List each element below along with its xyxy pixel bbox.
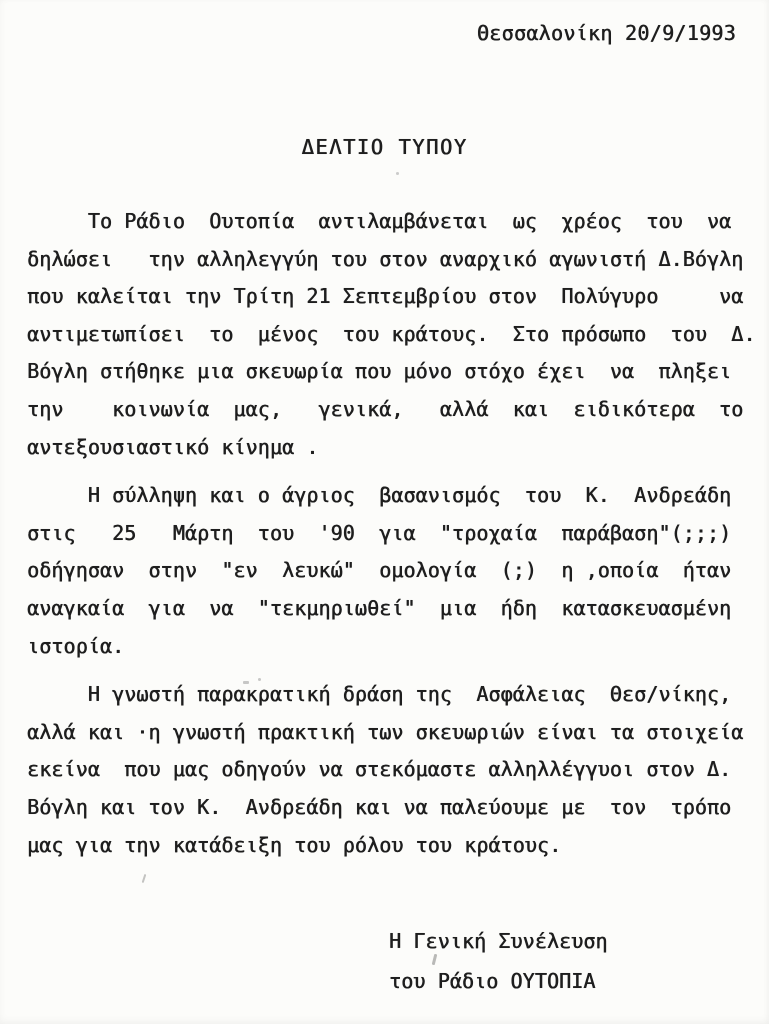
text-line: αλλά και ·η γνωστή πρακτική των σκευωριώ… xyxy=(27,714,742,752)
text-line: Η γνωστή παρακρατική δράση της Ασφάλειας… xyxy=(27,676,742,714)
scan-artifact xyxy=(243,681,249,684)
text-line: οδήγησαν στην "εν λευκώ" ομολογία (;) η … xyxy=(27,552,742,590)
text-line: δηλώσει την αλληλεγγύη του στον αναρχικό… xyxy=(27,241,742,279)
signature-line-1: Η Γενική Συνέλευση xyxy=(389,921,608,961)
scanned-press-release-page: Θεσσαλονίκη 20/9/1993 ΔΕΛΤΙΟ ΤΥΠΟΥ Το Ρά… xyxy=(0,0,769,1024)
document-title: ΔΕΛΤΙΟ ΤΥΠΟΥ xyxy=(0,135,769,159)
text-line: αντιμετωπίσει το μένος του κράτους. Στο … xyxy=(27,316,742,354)
paragraph-1: Το Ράδιο Ουτοπία αντιλαμβάνεται ως χρέος… xyxy=(27,203,742,466)
text-line: αντεξουσιαστικό κίνημα . xyxy=(27,429,742,467)
dateline: Θεσσαλονίκη 20/9/1993 xyxy=(477,21,736,45)
scan-artifact xyxy=(396,172,399,175)
signature-line-2: του Ράδιο ΟΥΤΟΠΙΑ xyxy=(389,961,608,1001)
signature-block: Η Γενική Συνέλευση του Ράδιο ΟΥΤΟΠΙΑ xyxy=(389,921,608,1001)
scan-artifact xyxy=(142,874,147,883)
text-line: Βόγλη και τον Κ. Ανδρεάδη και να παλεύου… xyxy=(27,789,742,827)
text-line: την κοινωνία μας, γενικά, αλλά και ειδικ… xyxy=(27,391,742,429)
text-line: μας για την κατάδειξη του ρόλου του κράτ… xyxy=(27,827,742,865)
text-line: Βόγλη στήθηκε μια σκευωρία που μόνο στόχ… xyxy=(27,353,742,391)
text-line: Η σύλληψη και ο άγριος βασανισμός του Κ.… xyxy=(27,477,742,515)
paragraph-2: Η σύλληψη και ο άγριος βασανισμός του Κ.… xyxy=(27,477,742,665)
text-line: ιστορία. xyxy=(27,628,742,666)
text-line: εκείνα που μας οδηγούν να στεκόμαστε αλλ… xyxy=(27,751,742,789)
scan-artifact xyxy=(176,529,180,532)
document-body: Το Ράδιο Ουτοπία αντιλαμβάνεται ως χρέος… xyxy=(27,203,742,864)
text-line: αναγκαία για να "τεκμηριωθεί" μια ήδη κα… xyxy=(27,590,742,628)
text-line: στις 25 Μάρτη του '90 για "τροχαία παράβ… xyxy=(27,515,742,553)
paragraph-3: Η γνωστή παρακρατική δράση της Ασφάλειας… xyxy=(27,676,742,864)
scan-artifact xyxy=(258,678,261,681)
text-line: Το Ράδιο Ουτοπία αντιλαμβάνεται ως χρέος… xyxy=(27,203,742,241)
text-line: που καλείται την Τρίτη 21 Σεπτεμβρίου στ… xyxy=(27,278,742,316)
